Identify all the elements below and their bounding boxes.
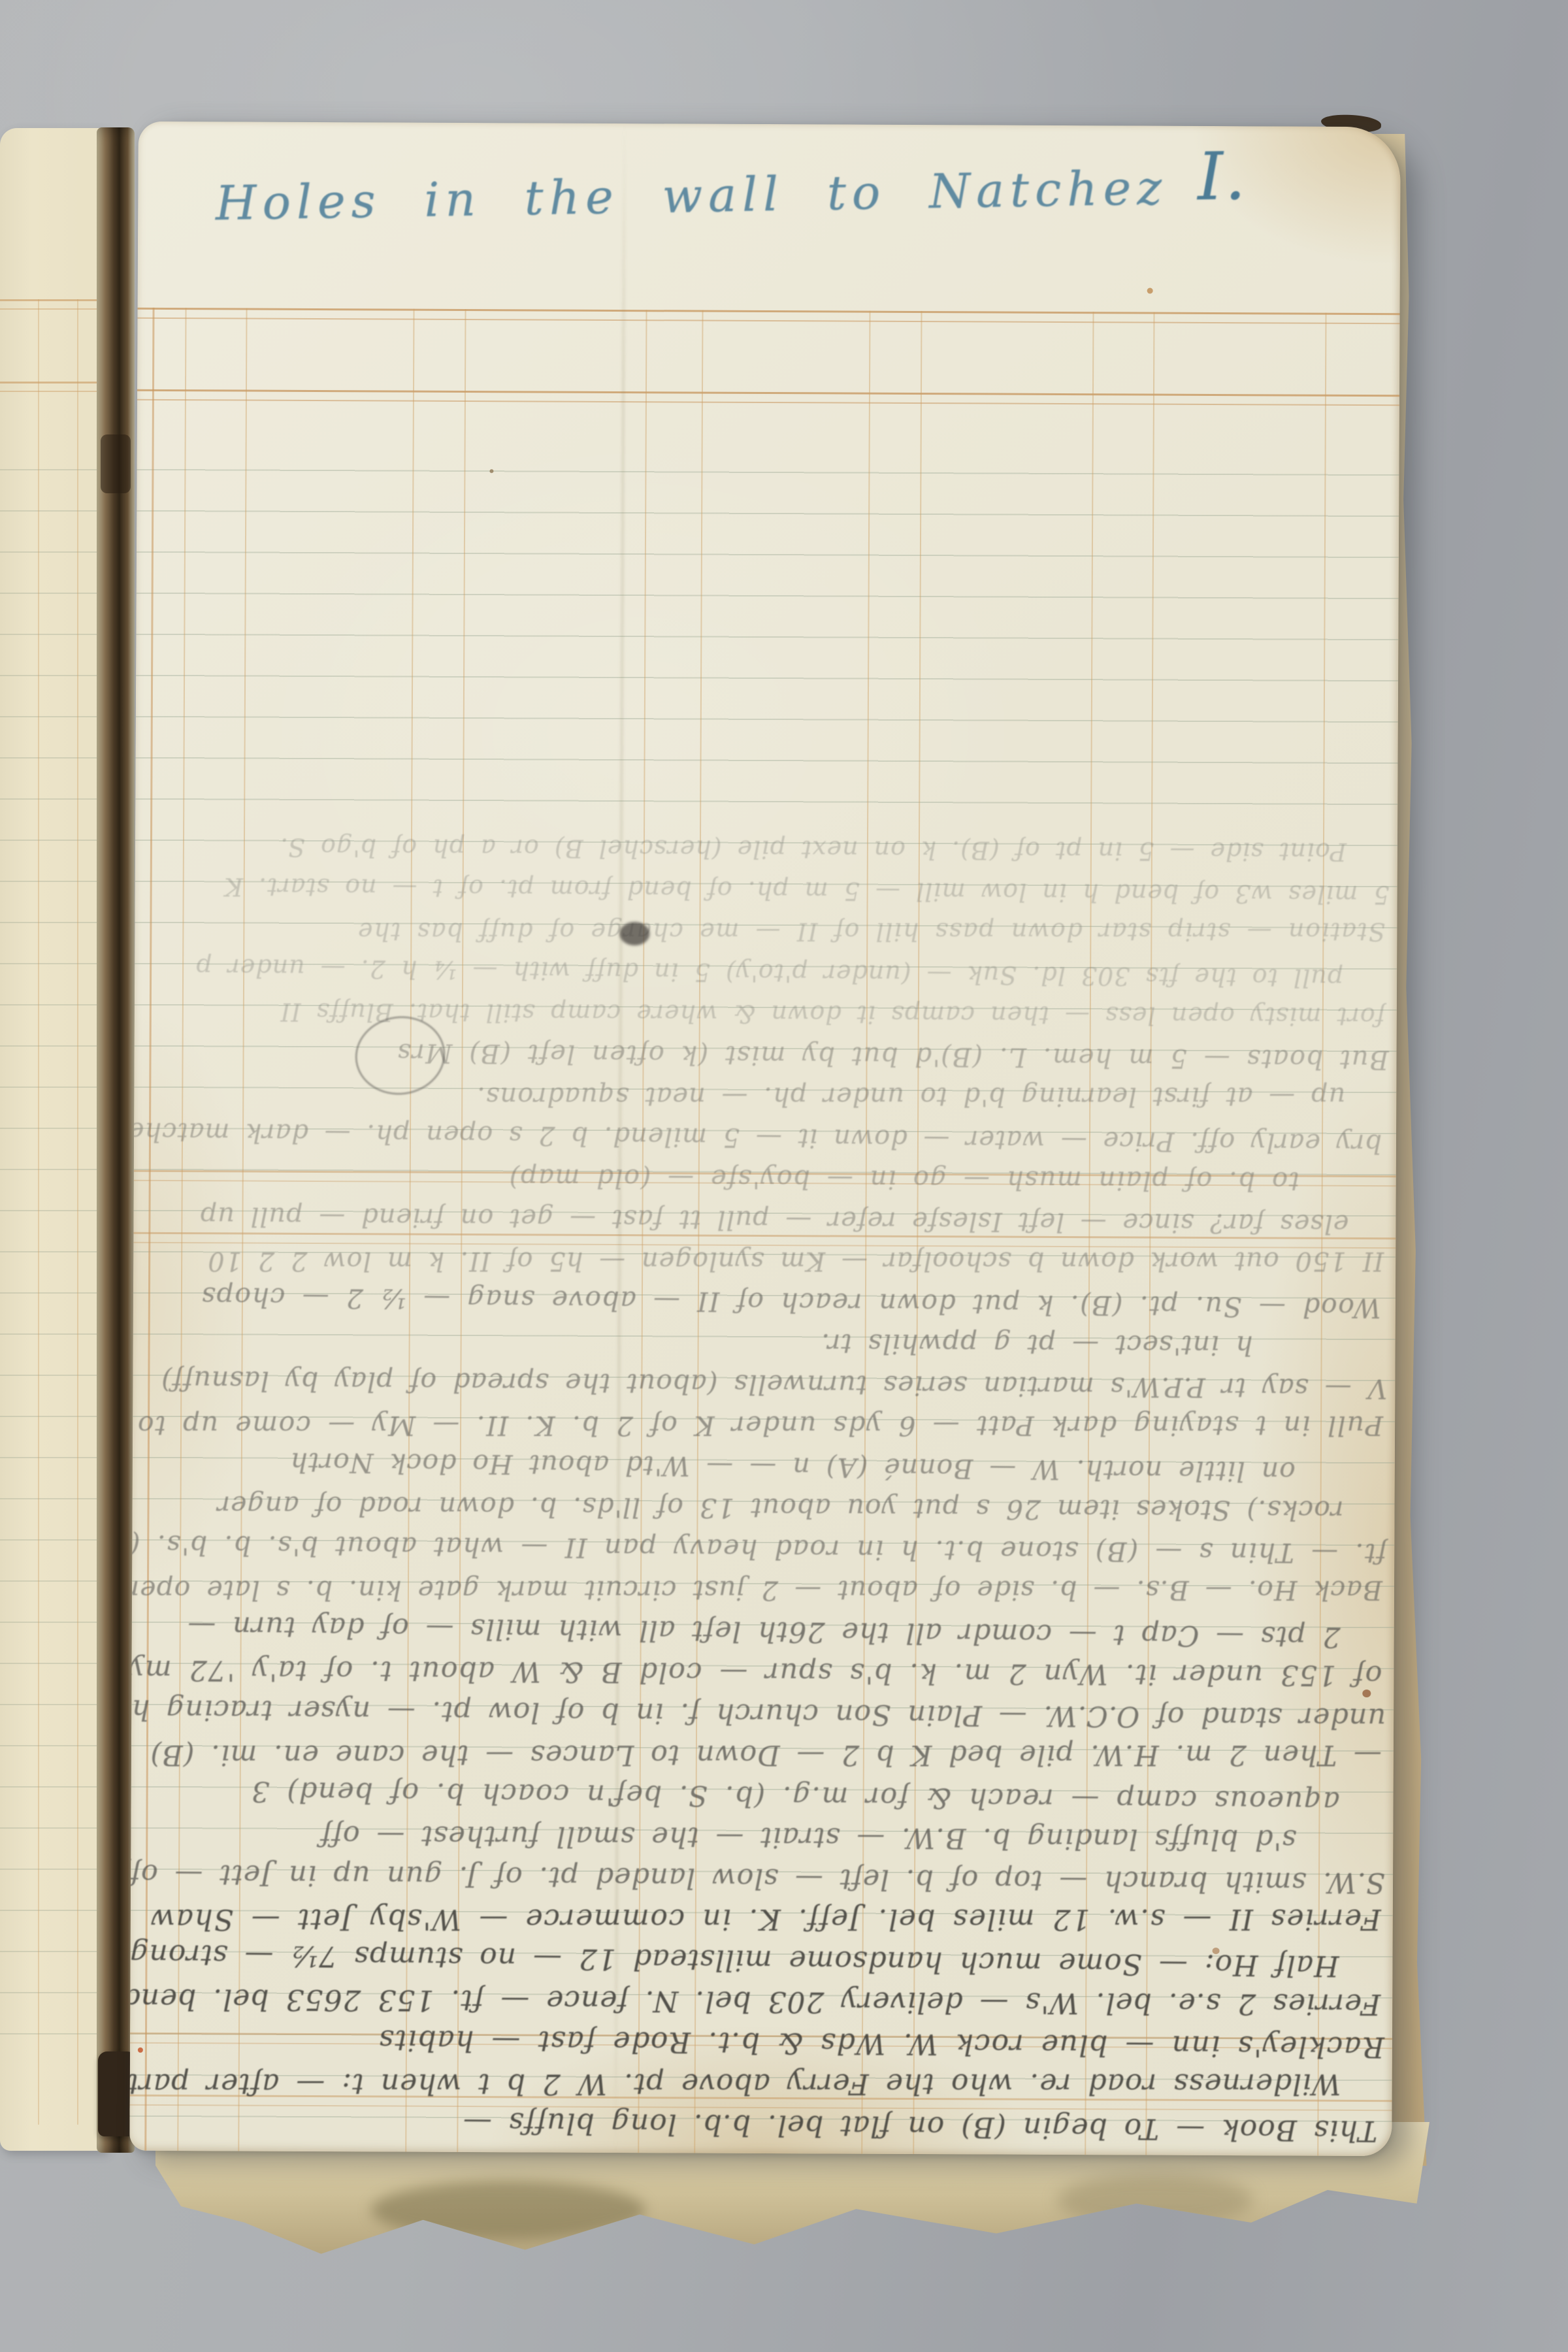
foxing-dot — [1213, 1948, 1220, 1954]
handwriting-line: s'd bluffs landing b. B.W. — strait — th… — [145, 1814, 1381, 1860]
red-fleck — [138, 2048, 143, 2053]
handwriting-line: 5 miles w3 of bend h in low mill — 5 m p… — [153, 865, 1389, 915]
left-page-edge — [0, 128, 106, 2151]
gutter-binding — [97, 127, 135, 2153]
handwriting-line: Rackley's inn — blue rock W. Wds & b.t. … — [148, 2017, 1384, 2067]
bottom-edge-stain — [1057, 2174, 1253, 2227]
bottom-edge-stain — [371, 2181, 645, 2240]
photo-backdrop: Holes in the wall to NatchezI. This Book… — [0, 0, 1568, 2352]
handwriting-line: Back Ho. — B.s. — b. side of about — 2 j… — [146, 1569, 1382, 1610]
ruled-line-vertical — [77, 299, 78, 2125]
ledger-header-rule-band1b — [137, 389, 1399, 406]
handwriting-line: to b. of plain mush — go in — boy'sfe — … — [148, 1155, 1384, 1201]
notebook-page: Holes in the wall to NatchezI. This Book… — [129, 122, 1401, 2156]
handwriting-line: S.W. smith branch — top of b. left — slo… — [149, 1853, 1385, 1903]
handwriting-line: V — say tr P.P.W's martian series turnwe… — [151, 1359, 1387, 1409]
handwriting-line: This Book — To begin (B) on flat bel. b.… — [141, 2099, 1378, 2151]
handwriting-line: Ferries II — s.w. 12 miles bel. Jeff. K.… — [145, 1899, 1381, 1940]
pencil-smudge — [619, 922, 649, 945]
handwriting-line: Station — strip star down pass hill of I… — [149, 911, 1385, 952]
handwriting-line: under stand of O.C.W. — Plain Son church… — [150, 1688, 1386, 1738]
handwriting-block: This Book — To begin (B) on flat bel. b.… — [144, 826, 1386, 2148]
handwriting-line: Point side — 5 in pt of (B). k on next p… — [150, 826, 1386, 872]
handwriting-line: rocks.) Stokes item 26 s put you about 1… — [146, 1484, 1382, 1531]
handwriting-line: fort misty open less — then camps it dow… — [149, 990, 1385, 1037]
heading-roman-numeral: I. — [1197, 138, 1247, 215]
ledger-header-rule — [0, 382, 106, 392]
ledger-header-rule-band1a — [137, 308, 1399, 324]
handwriting-line: II 150 out work down b schoolfar — Km sy… — [148, 1240, 1384, 1281]
foxing-dot — [1362, 1690, 1371, 1697]
heading-handwriting: Holes in the wall to NatchezI. — [215, 139, 1386, 235]
handwriting-line: — Then 2 m. H.W. pile bed K b 2 — Down t… — [146, 1734, 1382, 1775]
ledger-header-rule — [0, 299, 106, 310]
handwriting-line: ft. — Thin s — (B) stone b.t. h in road … — [150, 1524, 1386, 1573]
handwriting-line: h int'sect — pt g ppwhils tr. — [148, 1320, 1384, 1366]
binding-stub — [101, 434, 131, 493]
handwriting-line: of 153 under it. Wyn 2 m. k. b's spur — … — [146, 1649, 1382, 1695]
handwriting-line: Ferries 2 s.e. bel. W's — delivery 203 b… — [144, 1978, 1380, 2025]
ruled-line-vertical — [38, 299, 39, 2125]
foxing-dot — [489, 469, 493, 473]
handwriting-line: elses far? since — left Islesfe refer — … — [152, 1194, 1388, 1244]
foxing-dot — [1147, 288, 1153, 294]
ruled-lines — [0, 430, 106, 2063]
handwriting-line: But boats — 5 m hem. L. (B)'d but by mis… — [152, 1030, 1388, 1079]
handwriting-line: up — at first learning b'd to under ph. … — [148, 1075, 1384, 1117]
handwriting-line: Wilderness road re. who the Ferry above … — [144, 2063, 1380, 2104]
heading-text: Holes in the wall to Natchez — [215, 160, 1168, 231]
handwriting-line: Pull in t staying dark Patt — 6 yds unde… — [147, 1405, 1383, 1446]
